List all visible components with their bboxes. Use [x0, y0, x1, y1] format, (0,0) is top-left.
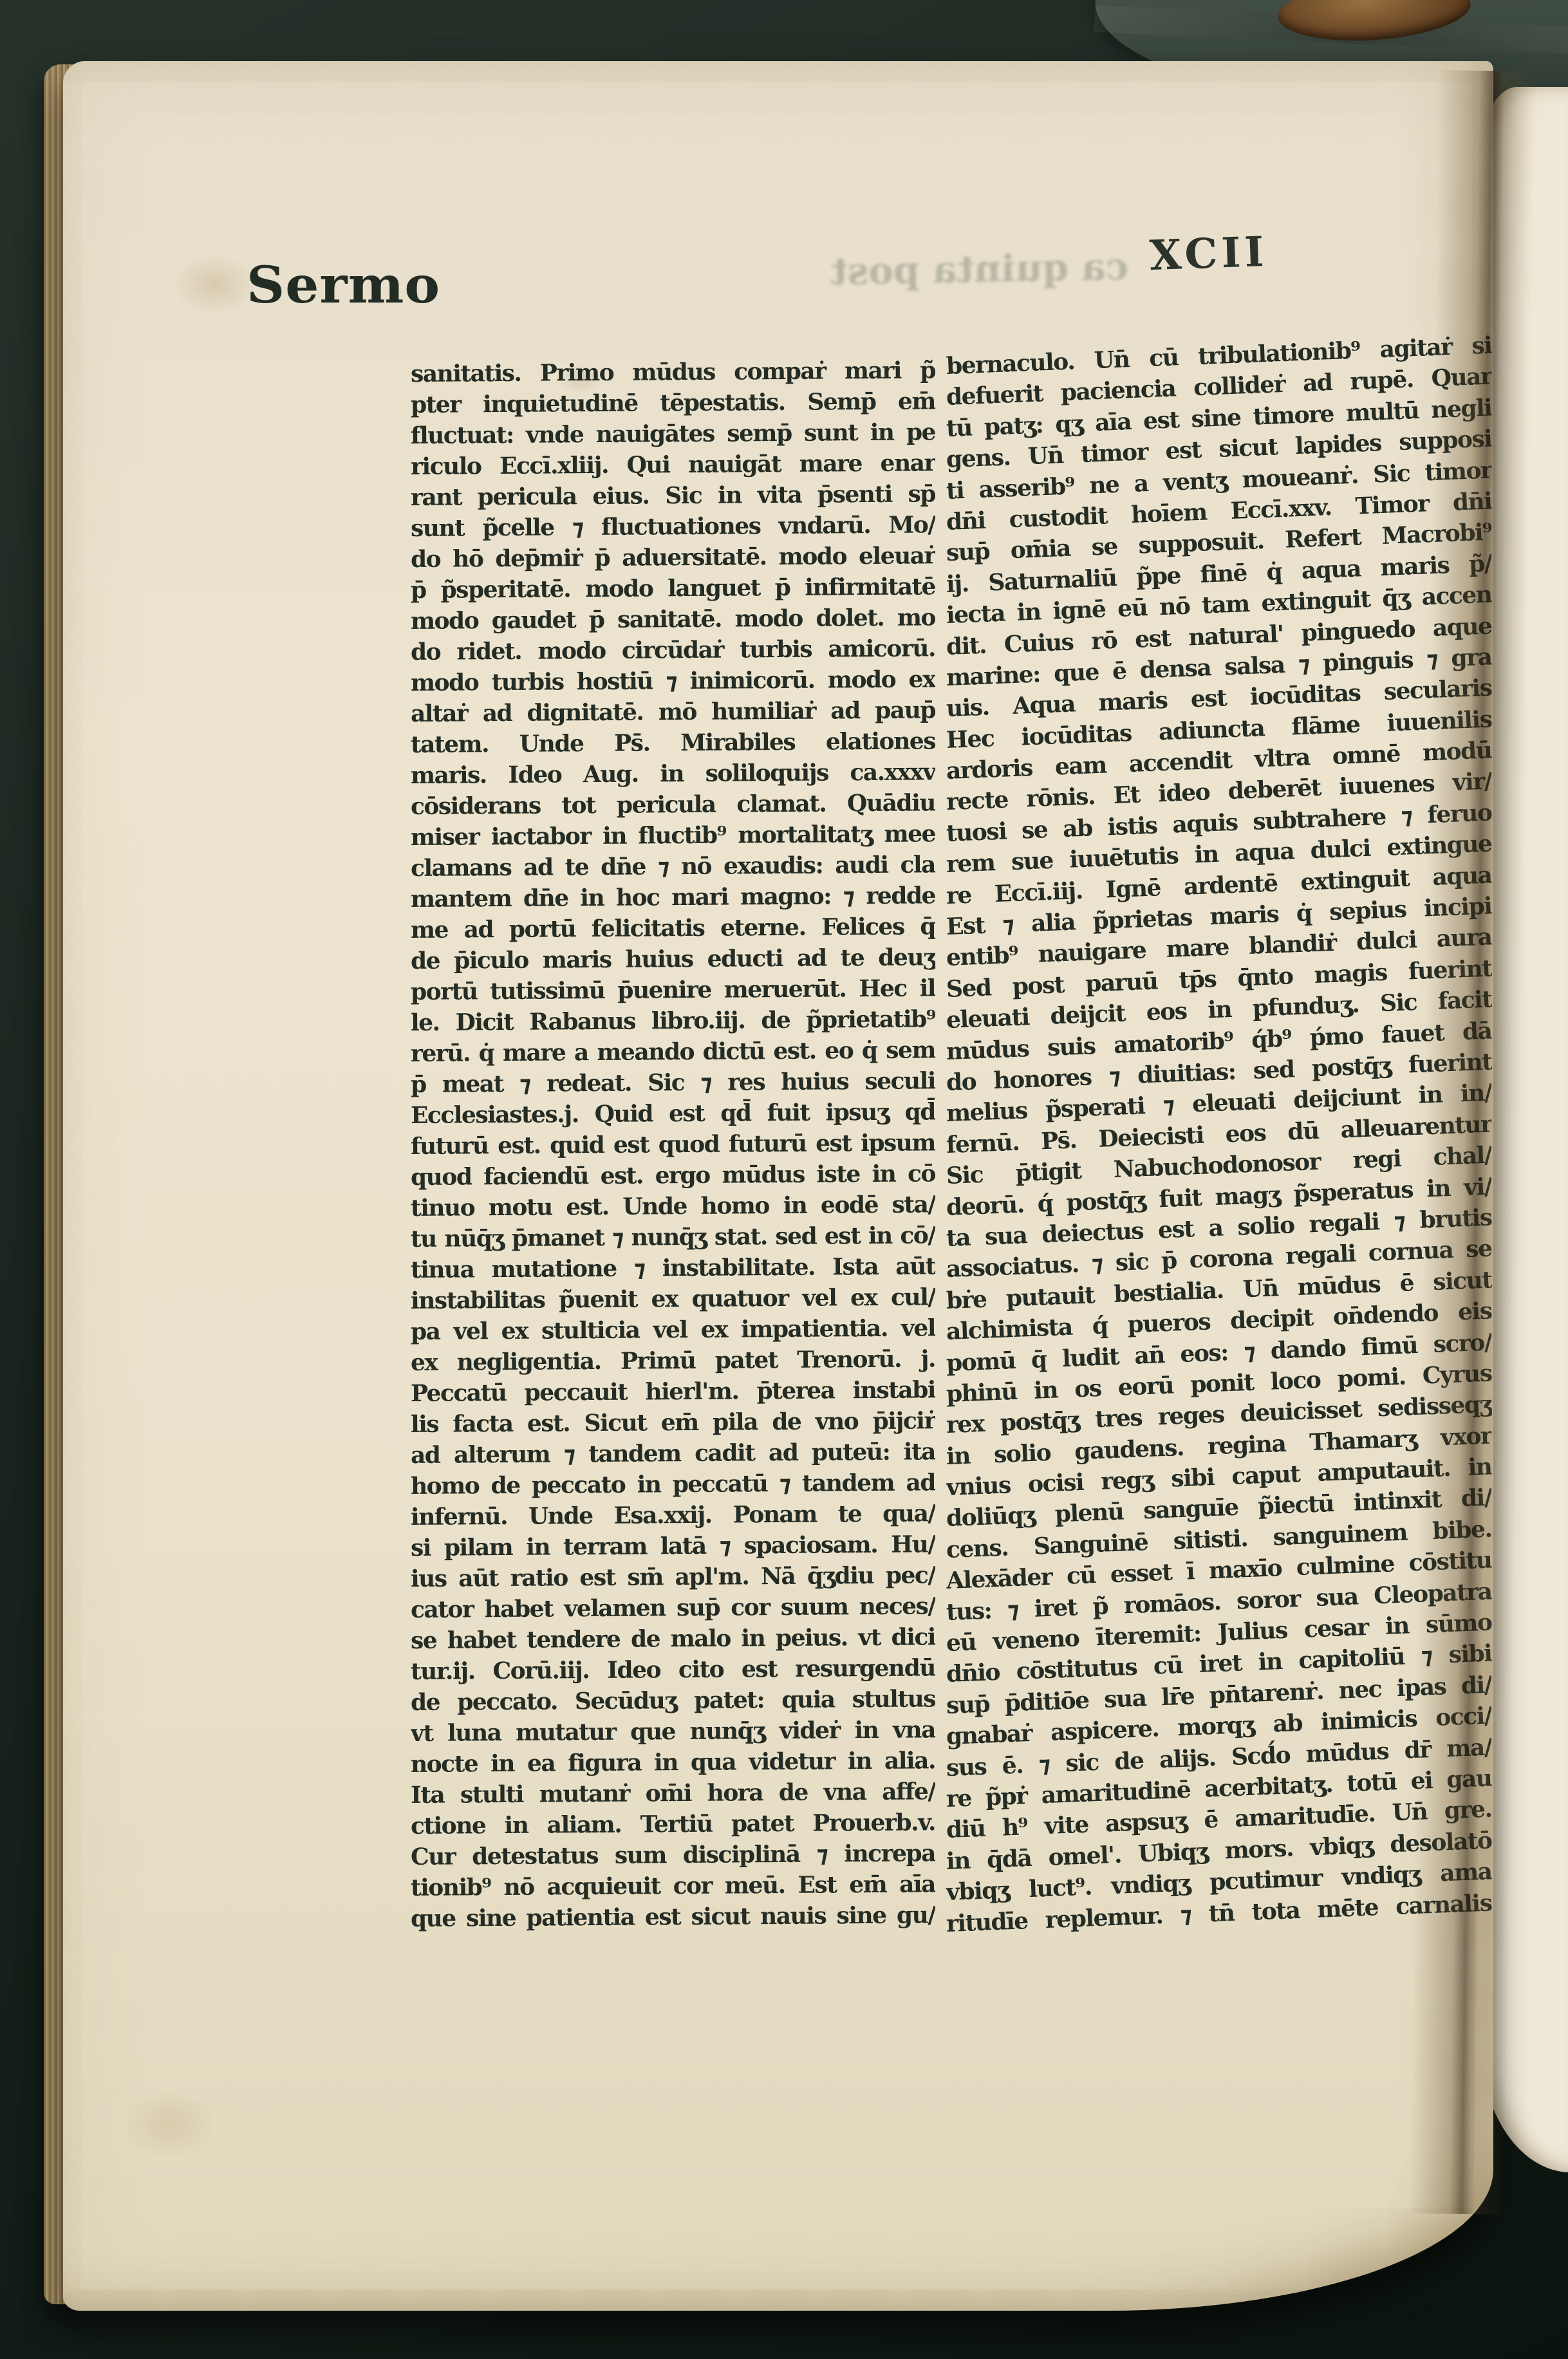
text-line: homo de peccato in peccatū ⁊ tandem ad: [411, 1467, 935, 1502]
text-line: tu nūq̄ʒ p̄manet ⁊ nunq̄ʒ stat. sed est …: [411, 1220, 935, 1254]
text-line: ius aūt ratio est sm̄ apl'm. Nā q̄ʒdiu p…: [411, 1560, 935, 1594]
text-line: clamans ad te dn̄e ⁊ nō exaudis: audi cl…: [411, 849, 935, 884]
text-line: portū tutissimū p̄uenire meruerūt. Hec i…: [411, 973, 935, 1007]
text-line: p̄ meat ⁊ redeat. Sic ⁊ res huius seculi: [411, 1065, 935, 1100]
text-line: sunt p̃celle ⁊ fluctuationes vndarū. Mo/: [411, 509, 935, 544]
text-line: maris. Ideo Aug. in soliloquijs ca.xxxv: [411, 756, 935, 791]
book-photo: ca quinta post Sermo XCII sanitatis. Pri…: [0, 0, 1568, 2359]
text-line: modo turbis hostiū ⁊ inimicorū. modo ex: [411, 664, 935, 698]
text-line: miser iactabor in fluctib⁹ mortalitatʒ m…: [411, 818, 935, 853]
text-line: tinuo motu est. Unde homo in eodē sta/: [411, 1189, 935, 1224]
text-line: me ad portū felicitatis eterne. Felices …: [411, 911, 935, 946]
text-line: p̄ p̃speritatē. modo languet p̄ infirmit…: [411, 571, 935, 606]
text-line: Ita stulti mutanṙ om̄i hora de vna affe/: [411, 1776, 935, 1811]
text-line: tinua mutatione ⁊ instabilitate. Ista aū…: [411, 1251, 935, 1285]
text-line: vt luna mutatur que nunq̄ʒ videṙ in vna: [411, 1714, 935, 1749]
text-line: futurū est. quid est quod futurū est ips…: [411, 1127, 935, 1162]
running-title: Sermo: [247, 256, 440, 315]
text-line: modo gaudet p̄ sanitatē. modo dolet. mo: [411, 602, 935, 637]
text-line: ex negligentia. Primū patet Trenorū. j.: [411, 1343, 935, 1378]
text-line: riculo Eccī.xliij. Qui nauigāt mare enar: [411, 447, 935, 482]
text-line: que sine patientia est sicut nauis sine …: [411, 1899, 935, 1934]
text-line: si pilam in terram latā ⁊ spaciosam. Hu/: [411, 1529, 935, 1563]
text-line: lis facta est. Sicut em̄ pila de vno p̄i…: [411, 1405, 935, 1440]
paper-stain: [173, 254, 256, 315]
text-line: pa vel ex stulticia vel ex impatientia. …: [411, 1312, 935, 1347]
text-column-right: bernaculo. Un̄ cū tribulationib⁹ agitaṙ …: [946, 351, 1492, 1939]
text-line: tur.ij. Corū.iij. Ideo cito est resurgen…: [411, 1652, 935, 1687]
text-line: mantem dn̄e in hoc mari magno: ⁊ redde: [411, 880, 935, 915]
text-line: altaṙ ad dignitatē. mō humiliaṙ ad paup̄: [411, 695, 935, 729]
folio-number: XCII: [1149, 228, 1269, 280]
text-line: tionib⁹ nō acquieuit cor meū. Est em̄ aī…: [411, 1869, 935, 1903]
text-line: Cur detestatus sum disciplinā ⁊ increpa: [411, 1838, 935, 1872]
paper-stain: [121, 2089, 218, 2159]
text-column-left: sanitatis. Primo mūdus compaṙ mari p̃pte…: [411, 359, 935, 1934]
text-line: ctione in aliam. Tertiū patet Prouerb.v.: [411, 1807, 935, 1842]
showthrough-text: ca quinta post: [742, 245, 1128, 295]
text-line: nocte in ea figura in qua videtur in ali…: [411, 1745, 935, 1780]
text-line: do hō dep̄miṙ p̄ aduersitatē. modo eleua…: [411, 540, 935, 575]
text-line: Ecclesiastes.j. Quid est qd̄ fuit ipsuʒ …: [411, 1096, 935, 1131]
text-line: ad alterum ⁊ tandem cadit ad puteū: ita: [411, 1436, 935, 1471]
text-line: tatem. Unde Ps̄. Mirabiles elationes: [411, 725, 935, 760]
text-line: cator habet velamen sup̄ cor suum neces/: [411, 1590, 935, 1625]
text-line: le. Dicit Rabanus libro.iij. de p̃prieta…: [411, 1003, 935, 1038]
text-line: de peccato. Secūduʒ patet: quia stultus: [411, 1683, 935, 1718]
text-line: instabilitas p̃uenit ex quatuor vel ex c…: [411, 1282, 935, 1316]
text-line: rerū. q̇ mare a meando dictū est. eo q̇ …: [411, 1034, 935, 1069]
text-line: de p̄iculo maris huius educti ad te deuʒ: [411, 942, 935, 976]
text-line: fluctuat: vnde nauigātes semp̄ sunt in p…: [411, 416, 935, 451]
text-line: quod faciendū est. ergo mūdus iste in cō: [411, 1158, 935, 1193]
text-line: do ridet. modo circūdaṙ turbis amicorū.: [411, 633, 935, 667]
text-line: pter inquietudinē tēpestatis. Semp̄ em̄: [411, 386, 935, 420]
text-line: cōsiderans tot pericula clamat. Quādiu: [411, 787, 935, 822]
text-line: sanitatis. Primo mūdus compaṙ mari p̃: [411, 355, 935, 389]
text-line: rant pericula eius. Sic in vita p̄senti …: [411, 478, 935, 513]
book-page: ca quinta post Sermo XCII sanitatis. Pri…: [63, 61, 1493, 2311]
text-line: Peccatū peccauit hierl'm. p̄terea instab…: [411, 1374, 935, 1409]
text-line: se habet tendere de malo in peius. vt di…: [411, 1621, 935, 1656]
text-line: infernū. Unde Esa.xxij. Ponam te qua/: [411, 1498, 935, 1533]
